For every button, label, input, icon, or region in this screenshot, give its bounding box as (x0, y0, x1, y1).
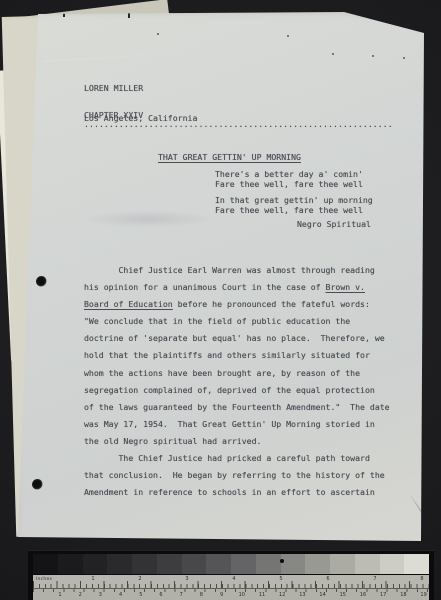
page-title: THAT GREAT GETTIN' UP MORNING (158, 152, 301, 162)
ruler-inch-number: 5 (279, 577, 282, 582)
grayscale-step (404, 554, 429, 574)
archival-photo: { "photo": { "background_color": "#1b1b1… (0, 0, 441, 600)
grayscale-step (132, 554, 157, 574)
body-line: his opinion for a unanimous Court in the… (84, 279, 390, 296)
epigraph: There's a better day a' comin'Fare thee … (215, 169, 373, 216)
ruler-cm-number: 11 (259, 593, 265, 598)
grayscale-step (231, 554, 256, 574)
ruler-cm-number: 17 (380, 593, 386, 598)
grayscale-step (83, 554, 108, 574)
grayscale-step (256, 554, 281, 574)
calibration-dot (280, 559, 284, 563)
body-line: "We conclude that in the field of public… (84, 313, 390, 330)
ruler-cm-number: 2 (79, 593, 82, 598)
body-line: Chief Justice Earl Warren was almost thr… (84, 262, 390, 279)
ruler-cm-number: 3 (99, 593, 102, 598)
calibration-bar: Inches 12345678 123456789101112131415161… (28, 550, 434, 600)
epigraph-stanza: In that great gettin' up morningFare the… (215, 195, 373, 216)
page-content: LOREN MILLER Los Angeles, California CHA… (14, 9, 435, 546)
grayscale-step (182, 554, 207, 574)
body-line: The Chief Justice had pricked a careful … (84, 450, 390, 467)
ruler-cm-number: 15 (340, 593, 346, 598)
epigraph-attribution: Negro Spiritual (297, 219, 371, 229)
ruler-cm-number: 9 (220, 593, 223, 598)
grayscale-step (206, 554, 231, 574)
body-line: was May 17, 1954. That Great Gettin' Up … (84, 416, 390, 433)
body-line: Board of Education before he pronounced … (84, 296, 390, 313)
ruler-cm-number: 7 (180, 593, 183, 598)
ruler-cm-number: 18 (400, 593, 406, 598)
ruler-scale: Inches 12345678 123456789101112131415161… (33, 575, 429, 600)
epigraph-stanza: There's a better day a' comin'Fare thee … (215, 169, 373, 190)
body-line: doctrine of 'separate but equal' has no … (84, 330, 390, 347)
author-name: LOREN MILLER (84, 83, 197, 93)
grayscale-step (107, 554, 132, 574)
ruler-cm-number: 8 (200, 593, 203, 598)
grayscale-step (305, 554, 330, 574)
ruler-inch-number: 1 (91, 577, 94, 582)
body-line: Amendment in reference to schools in an … (84, 484, 390, 501)
paper-speck (332, 53, 334, 55)
punch-hole-bottom (32, 479, 43, 490)
grayscale-step (355, 554, 380, 574)
grayscale-step (330, 554, 355, 574)
ruler-inch-number: 7 (373, 577, 376, 582)
body-line: the old Negro spiritual had arrived. (84, 433, 390, 450)
inch-major-ticks (33, 581, 429, 588)
paper-speck (287, 35, 289, 37)
ruler-inch-row: Inches 12345678 (33, 575, 429, 589)
grayscale-strip (33, 554, 429, 574)
scanned-page: LOREN MILLER Los Angeles, California CHA… (14, 9, 435, 546)
body-line: that conclusion. He began by referring t… (84, 467, 390, 484)
paper-speck (403, 57, 405, 59)
body-line: hold that the plaintiffs and others simi… (84, 347, 390, 364)
ruler-cm-number: 10 (239, 593, 245, 598)
ruler-inch-number: 3 (185, 577, 188, 582)
grayscale-step (380, 554, 405, 574)
body-text: Chief Justice Earl Warren was almost thr… (84, 262, 390, 501)
ruler-cm-number: 5 (139, 593, 142, 598)
ruler-inch-number: 6 (326, 577, 329, 582)
cm-ticks (33, 589, 429, 592)
ruler-cm-number: 6 (159, 593, 162, 598)
paper-speck (372, 55, 374, 57)
ruler-cm-number: 19 (420, 593, 426, 598)
ruler-cm-number: 12 (279, 593, 285, 598)
ruler-inch-number: 2 (138, 577, 141, 582)
ruler-inch-number: 8 (420, 577, 423, 582)
grayscale-step (33, 554, 58, 574)
ruler-inch-number: 4 (232, 577, 235, 582)
grayscale-step (58, 554, 83, 574)
body-line: of the laws guaranteed by the Fourteenth… (84, 399, 390, 416)
author-block: LOREN MILLER Los Angeles, California (84, 62, 197, 144)
grayscale-step (281, 554, 306, 574)
body-line: segregation complained of, deprived of t… (84, 382, 390, 399)
grayscale-step (157, 554, 182, 574)
punch-hole-top (36, 276, 47, 287)
ruler-cm-number: 1 (58, 593, 61, 598)
ruler-cm-row: 12345678910111213141516171819 (33, 589, 429, 600)
body-line: whom the actions have been brought are, … (84, 365, 390, 382)
paper-speck (157, 33, 159, 35)
ruler-cm-number: 14 (319, 593, 325, 598)
ruler-cm-number: 16 (360, 593, 366, 598)
ruler-cm-number: 13 (299, 593, 305, 598)
ruler-cm-number: 4 (119, 593, 122, 598)
chapter-separator: ........................................… (84, 119, 393, 129)
